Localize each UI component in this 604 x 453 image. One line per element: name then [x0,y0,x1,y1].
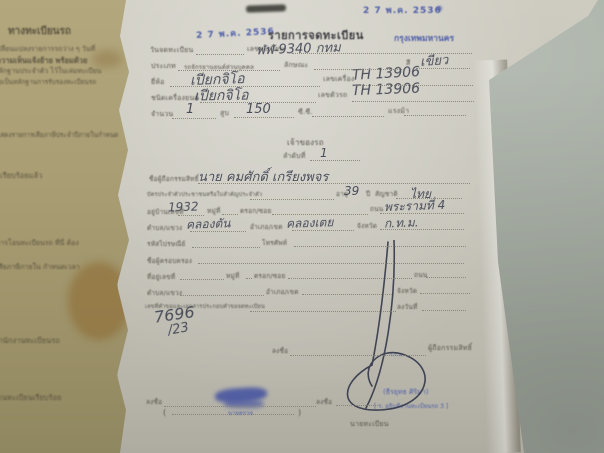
dotted-fill-line [180,294,264,296]
dotted-fill-line [196,53,244,55]
printed-field-label: ชื่อผู้ถือกรรมสิทธิ์ [149,174,199,184]
dotted-fill-line [422,309,466,311]
printed-field-label: โทรศัพท์ [262,238,287,248]
dotted-fill-line [190,230,246,232]
printed-field-label: ซี.ซี. [298,107,313,118]
printed-field-label: หมู่ที่ [226,271,239,281]
printed-field-label: ผู้ถือกรรมสิทธิ์ [428,343,472,354]
printed-field-label: ปี [366,189,370,199]
city-stamp: กรุงเทพมหานคร [394,31,454,45]
printed-field-label: อำเภอ/เขต [266,287,299,297]
stamp-dot [437,6,442,11]
printed-field-label: ตรอก/ซอย [240,206,271,216]
dotted-fill-line [272,213,368,215]
handwritten-value: เปียกจิโอ [194,85,249,108]
left-page-text-line: การโอนทะเบียนรถ ที่นี่ ต้อง [0,238,79,249]
dotted-fill-line [290,354,426,356]
printed-field-label: ลงชื่อ [316,397,332,407]
left-page-text-line: สำนักงานทะเบียนรถ [0,335,60,347]
dotted-fill-line [200,101,316,103]
dotted-fill-line [336,404,378,406]
dotted-fill-line [380,228,464,230]
printed-field-label: จังหวัด [357,221,377,231]
left-page-text-line: เรียบร้อยแล้ว [0,170,42,182]
printed-field-label: ลงชื่อ [146,397,162,407]
dotted-fill-line [222,213,238,215]
dotted-fill-line [404,114,466,116]
left-page-text-line: แสดงรายการเสียภาษีประจำปีภายในกำหนด [0,130,118,140]
dotted-fill-line [380,212,464,214]
printed-field-label: ยี่ห้อ [151,77,165,88]
printed-field-label: รหัสไปรษณีย์ [147,239,186,249]
dotted-fill-line [396,197,462,199]
printed-field-label: ลงชื่อ [272,346,288,356]
left-page-text-line: ทางทะเบียนรถ [8,24,71,39]
dotted-fill-line [420,292,470,294]
printed-field-label: ( [163,408,166,417]
dotted-fill-line [288,277,412,279]
left-page-text-line: เพื่อเป็นหลักฐานการรับรองทะเบียนรถ [0,77,96,87]
printed-field-label: ตำบล/แขวง [147,288,182,298]
left-page-text-line: หลักฐานประจำตัว ไว้ในเล่มทะเบียน [0,66,101,77]
dotted-fill-line [310,159,360,161]
printed-field-label: ตำบล/แขวง [147,223,182,233]
printed-field-label: ) [298,408,301,417]
dotted-fill-line [426,276,466,278]
dotted-fill-line [355,84,473,86]
dotted-fill-line [246,277,252,279]
left-page-printed-text: ทางทะเบียนรถเปลี่ยนแปลงรายการรถว่าง ๆ วั… [0,0,140,453]
printed-field-label: เลขเครื่อง [323,74,355,85]
printed-field-label: จำนวน [151,109,173,120]
handwritten-value: ฬฬ-9340 กทม [256,37,341,61]
printed-field-label: เลขตัวรถ [318,90,347,101]
dotted-fill-line [416,67,470,69]
left-page-text-line: เสียภาษีภายใน กำหนดเวลา [0,262,80,273]
handwritten-value: 1 [320,146,328,160]
printed-field-label: ลักษณะ [284,60,308,71]
printed-field-label: บัตรประจำตัวประชาชนหรือใบสำคัญประจำตัว [147,191,262,199]
dotted-fill-line [302,293,394,295]
dotted-fill-line [234,116,294,118]
handwritten-value: 1 [186,102,194,117]
dotted-fill-line [178,214,204,216]
registrar-label: นายทะเบียน [350,419,389,430]
handwritten-value: 39 [344,184,359,198]
handwritten-value: /23 [167,320,190,338]
dotted-fill-line [180,278,224,280]
dotted-fill-line [292,52,472,54]
handwritten-value: 150 [246,102,271,117]
dotted-fill-line [198,262,464,264]
left-page-text-line: เปลี่ยนแปลงรายการรถว่าง ๆ วันที่ [0,44,95,55]
date-stamp-top-right: 2 7 พ.ค. 2536 [363,3,442,17]
printed-field-label: ตรอก/ซอย [254,271,285,281]
printed-field-label: ถนน [414,270,427,280]
handwritten-value: ก.ท.ม. [384,213,419,233]
dotted-fill-line [178,69,280,71]
dotted-fill-line [172,117,216,119]
dotted-fill-line [170,85,320,87]
printed-field-label: สูบ [220,108,229,119]
dotted-fill-line [198,182,470,184]
stain-small [92,50,122,68]
printed-field-label: จังหวัด [397,286,417,296]
ink-smudge [246,4,286,12]
printed-field-label: อำเภอ/เขต [250,222,283,232]
dotted-fill-line [292,229,354,231]
left-booklet-page: ทางทะเบียนรถเปลี่ยนแปลงรายการรถว่าง ๆ วั… [0,0,140,453]
photo-of-thai-vehicle-registration-document: 2 7 พ.ค. 2536 2 7 พ.ค. 2536 รายการจดทะเบ… [0,0,604,453]
dotted-fill-line [314,68,404,70]
dotted-fill-line [172,413,294,415]
printed-field-label: ลำดับที่ [283,151,306,162]
dotted-fill-line [352,100,474,102]
dotted-fill-line [192,246,260,248]
handwritten-value: 1932 [168,199,199,214]
dotted-fill-line [250,310,396,312]
dotted-fill-line [164,405,316,407]
printed-field-label: ชื่อผู้ครอบครอง [147,256,192,266]
printed-field-label: ที่อยู่เลขที่ [147,272,175,282]
printed-field-label: ประเภท [151,61,176,72]
registrar-signature [322,240,472,420]
printed-field-label: เจ้าของรถ [287,136,324,149]
printed-field-label: ลงวันที่ [397,302,418,312]
dotted-fill-line [294,245,466,247]
left-page-text-line: งานทะเบียนเรียบร้อย [0,392,62,404]
printed-field-label: วันจดทะเบียน [150,45,193,56]
dotted-fill-line [312,115,384,117]
dotted-fill-line [250,198,334,200]
